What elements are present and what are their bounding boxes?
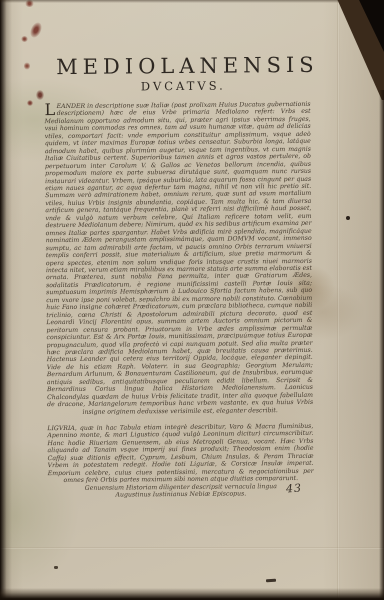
foxing-stain bbox=[27, 100, 33, 106]
paragraph-liguria: LIGVRIA, quæ in hac Tabula etiam integrè… bbox=[47, 423, 314, 485]
foxing-stain bbox=[28, 21, 44, 40]
scanned-page: MEDIOLANENSIS DVCATVS. LEANDER in descri… bbox=[0, 0, 384, 600]
vertical-fold-crease bbox=[337, 0, 340, 600]
drop-cap: L bbox=[44, 103, 56, 117]
ink-smudge bbox=[266, 579, 276, 582]
foxing-stain bbox=[24, 62, 30, 70]
paragraph-mediolanum: LEANDER in descriptione suæ Italiæ (post… bbox=[44, 101, 313, 416]
page-content: MEDIOLANENSIS DVCATVS. LEANDER in descri… bbox=[44, 53, 314, 500]
horizontal-fold-crease bbox=[0, 547, 384, 550]
page-title: MEDIOLANENSIS bbox=[56, 53, 310, 79]
paragraph-mediolanum-text: EANDER in descriptione suæ Italiæ (post … bbox=[45, 101, 314, 416]
foxing-stain bbox=[21, 36, 28, 42]
book-edge-bottom bbox=[0, 588, 384, 600]
foxing-stain bbox=[36, 90, 44, 100]
book-edge-left bbox=[0, 0, 12, 600]
page-number: 43 bbox=[286, 481, 303, 495]
ink-speck bbox=[54, 566, 58, 569]
book-edge-top bbox=[0, 0, 384, 3]
ink-speck bbox=[346, 216, 350, 220]
book-edge-right bbox=[379, 90, 384, 600]
page-subtitle: DVCATVS. bbox=[56, 78, 310, 94]
